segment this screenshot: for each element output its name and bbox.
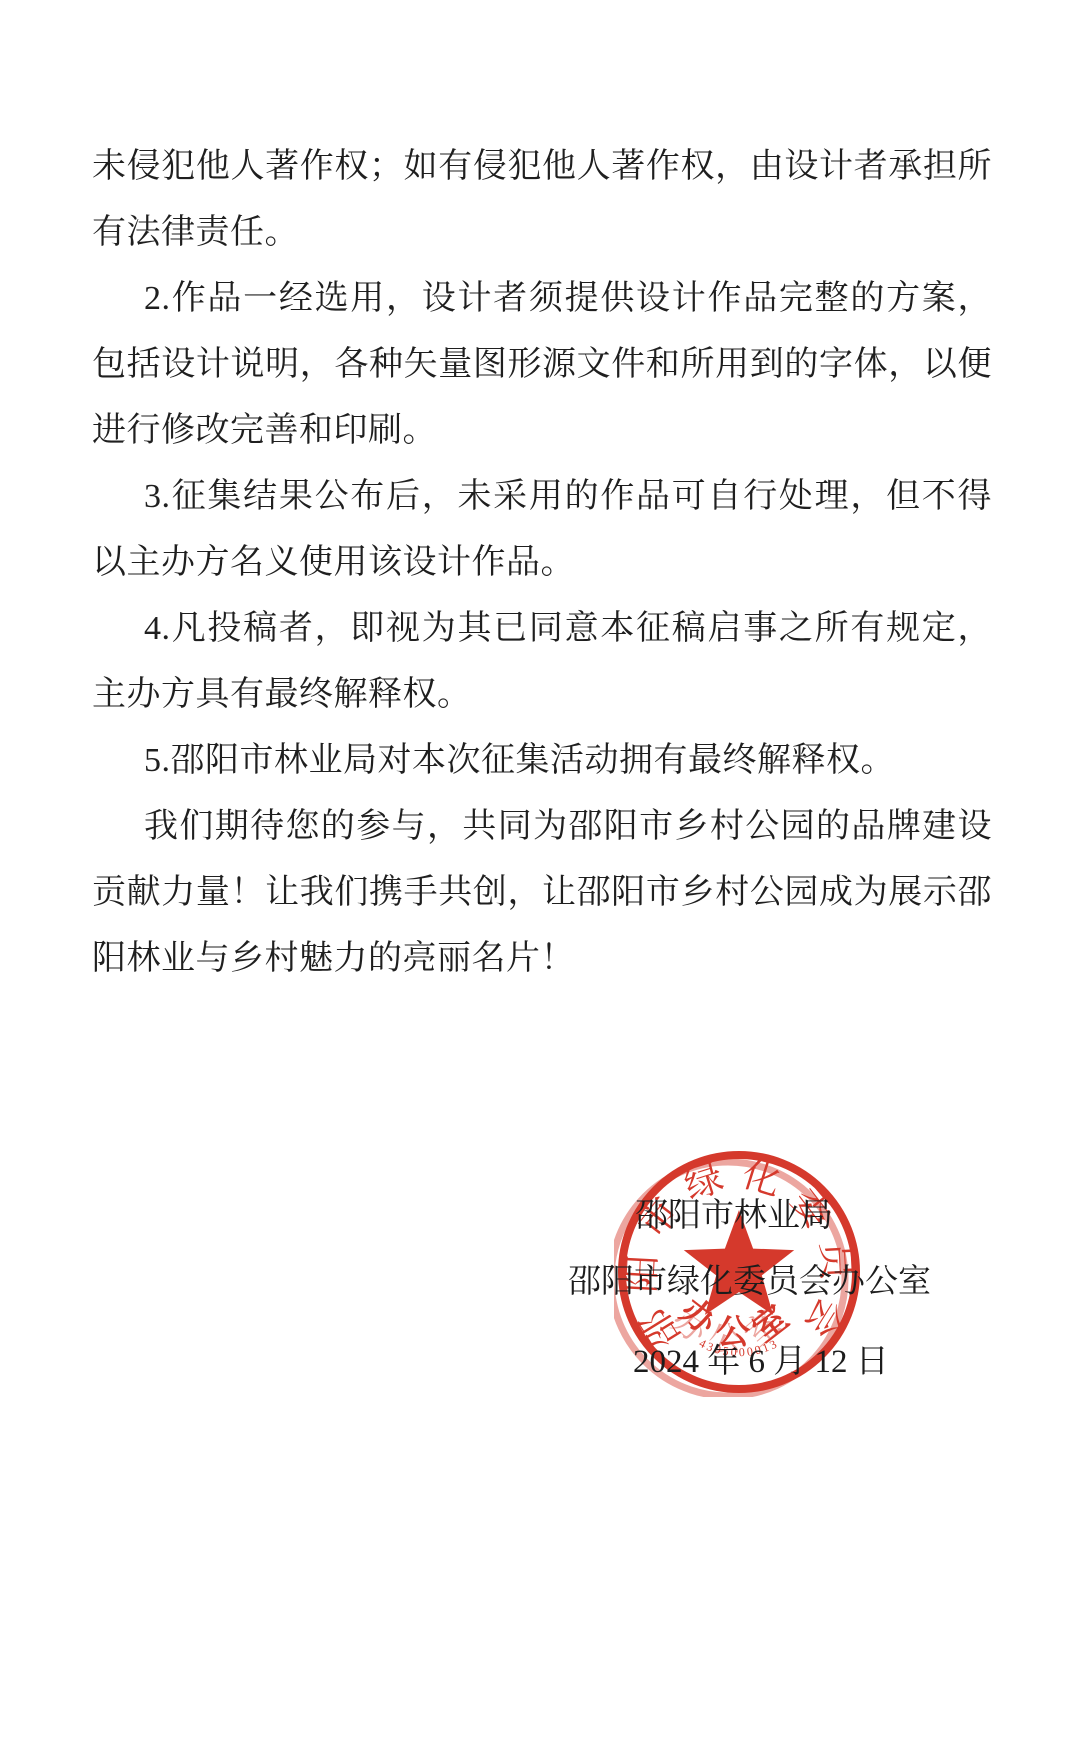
body-line: 3.征集结果公布后，未采用的作品可自行处理，但不得 [92, 464, 992, 530]
body-line: 有法律责任。 [92, 200, 992, 266]
body-line: 未侵犯他人著作权；如有侵犯他人著作权，由设计者承担所 [92, 134, 992, 200]
body-line: 4.凡投稿者，即视为其已同意本征稿启事之所有规定， [92, 596, 992, 662]
body-line: 以主办方名义使用该设计作品。 [92, 530, 992, 596]
document-page: 未侵犯他人著作权；如有侵犯他人著作权，由设计者承担所 有法律责任。 2.作品一经… [0, 0, 1080, 1752]
body-line: 包括设计说明，各种矢量图形源文件和所用到的字体，以便 [92, 332, 992, 398]
document-body: 未侵犯他人著作权；如有侵犯他人著作权，由设计者承担所 有法律责任。 2.作品一经… [92, 134, 992, 992]
signature-org-line1: 邵阳市林业局 [635, 1196, 833, 1237]
body-line: 主办方具有最终解释权。 [92, 662, 992, 728]
body-line: 我们期待您的参与，共同为邵阳市乡村公园的品牌建设 [92, 794, 992, 860]
signature-org-line2: 邵阳市绿化委员会办公室 [568, 1262, 931, 1303]
body-line: 2.作品一经选用，设计者须提供设计作品完整的方案， [92, 266, 992, 332]
body-line: 贡献力量！让我们携手共创，让邵阳市乡村公园成为展示邵 [92, 860, 992, 926]
body-line: 5.邵阳市林业局对本次征集活动拥有最终解释权。 [92, 728, 992, 794]
signature-date: 2024 年 6 月 12 日 [633, 1342, 889, 1383]
body-line: 进行修改完善和印刷。 [92, 398, 992, 464]
body-line: 阳林业与乡村魅力的亮丽名片！ [92, 926, 992, 992]
